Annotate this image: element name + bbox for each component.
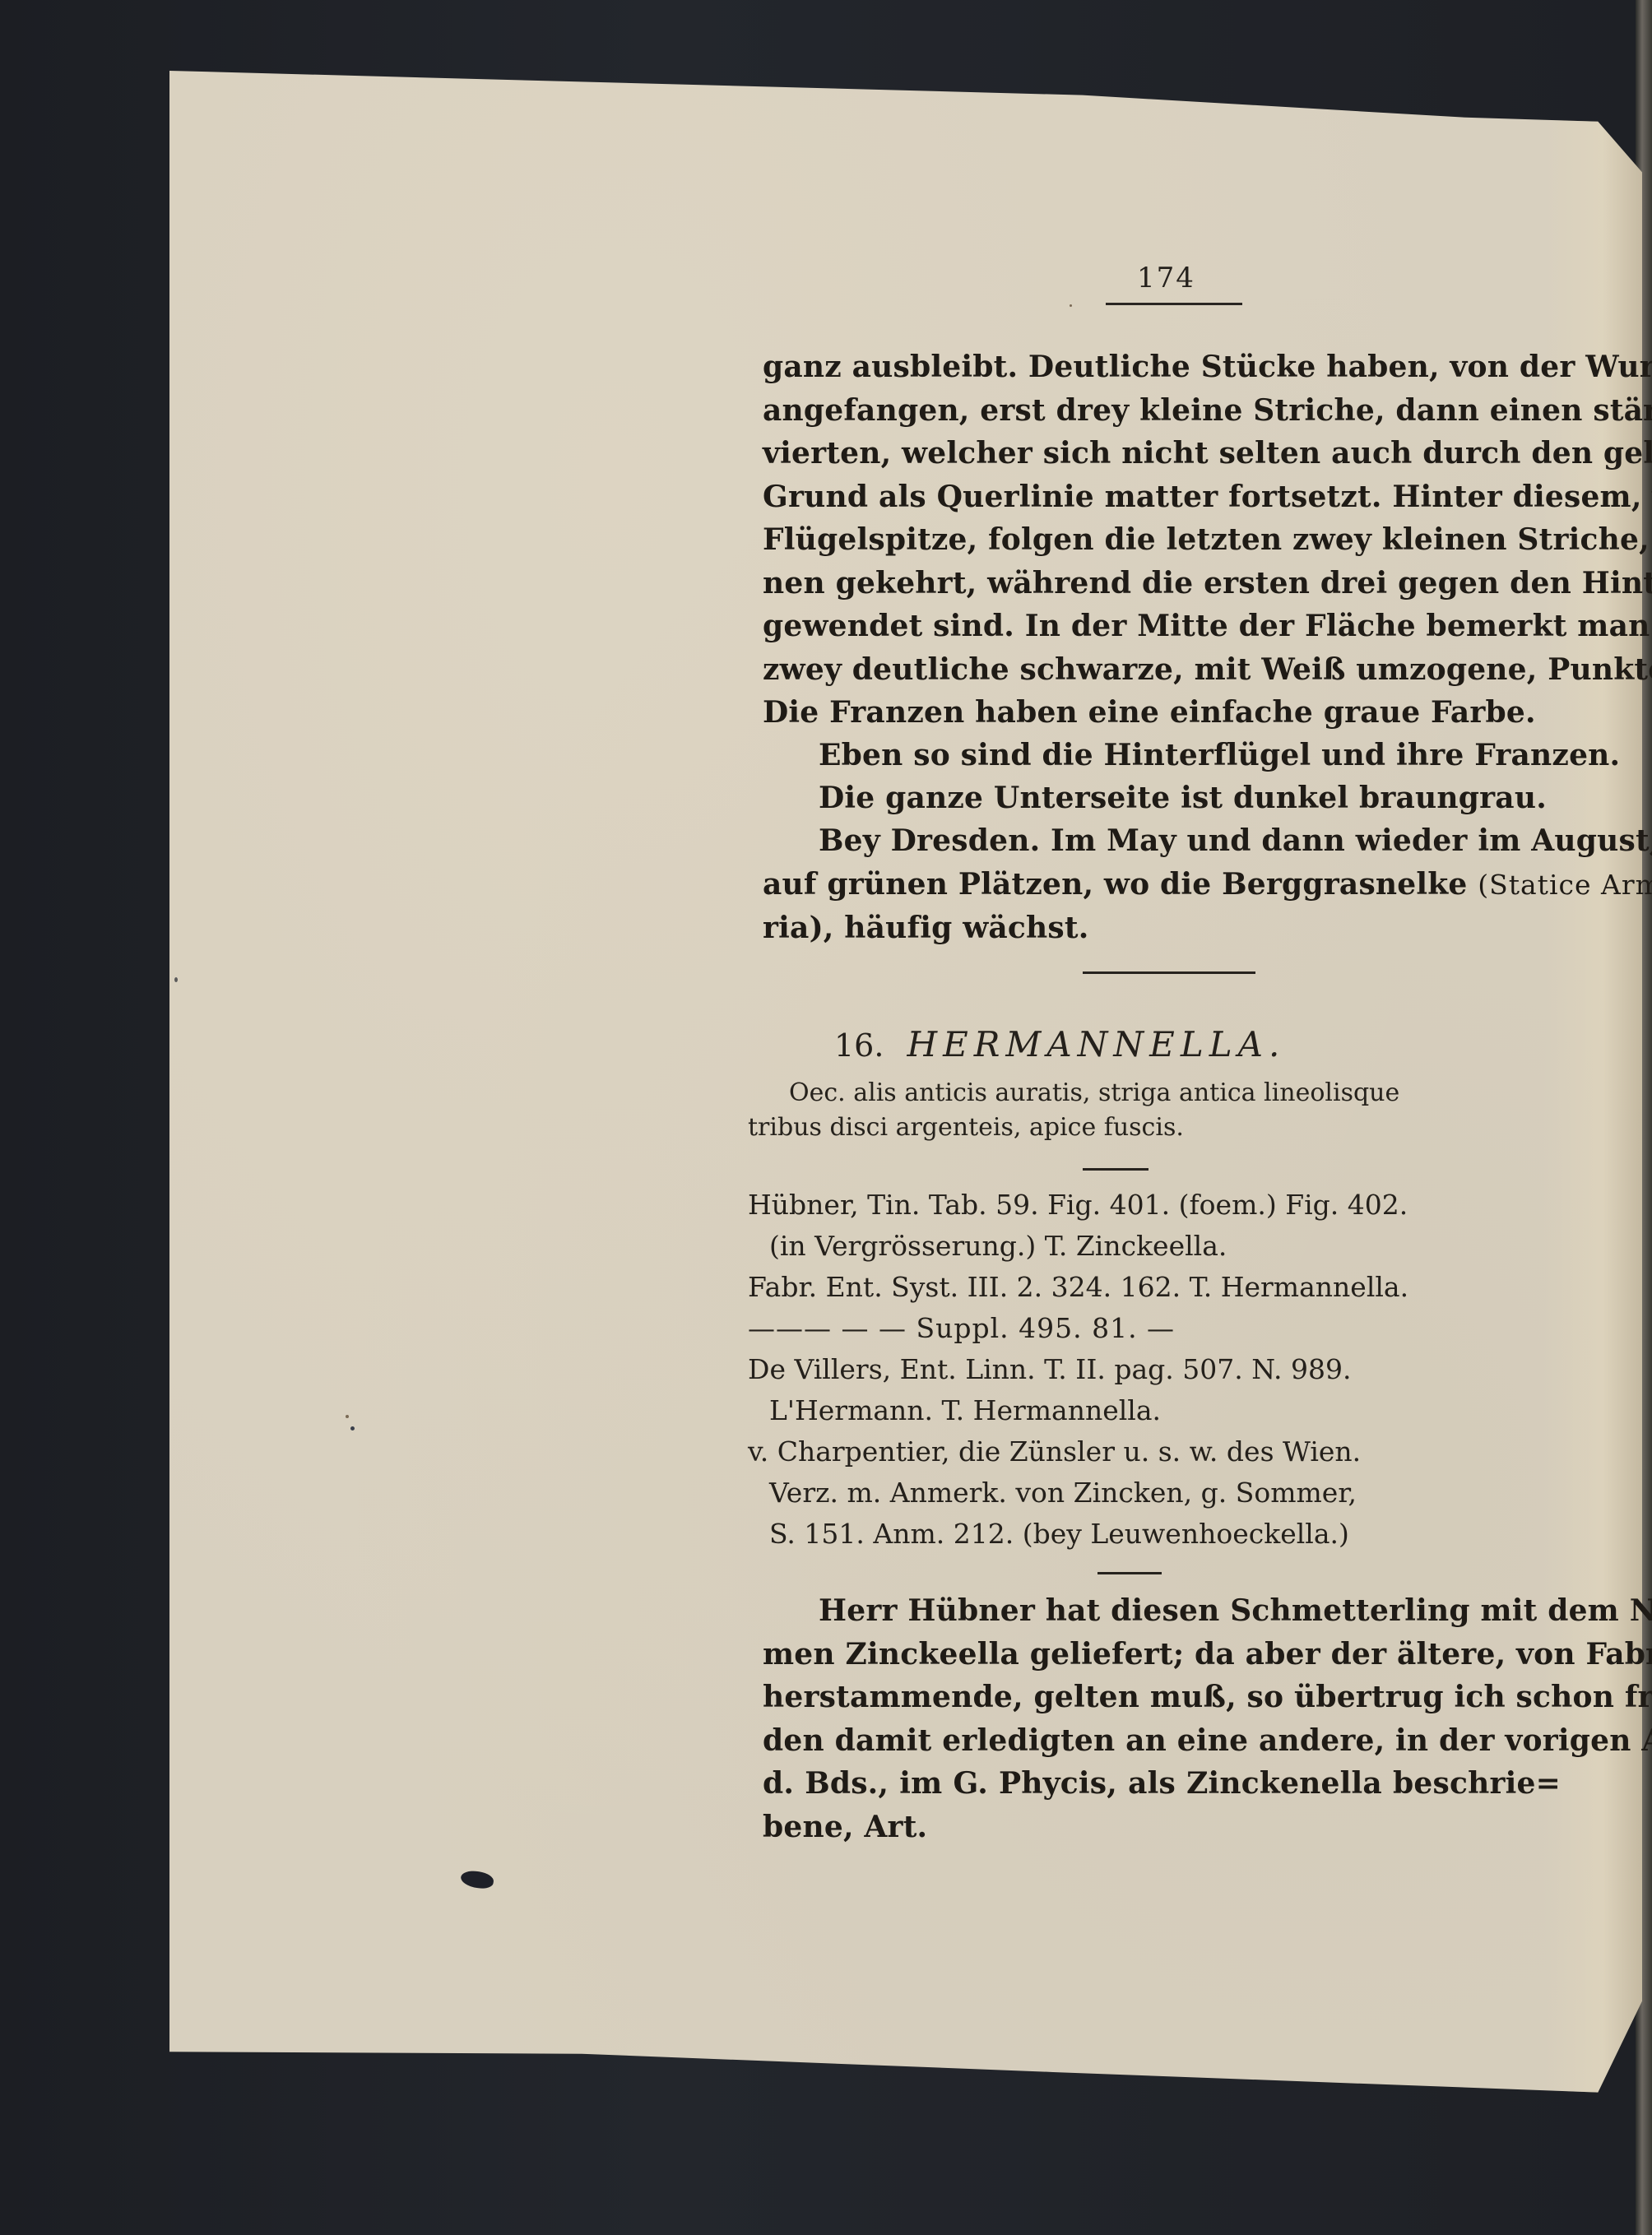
paragraph-hindwings: Eben so sind die Hinterflügel und ihre F… [763, 734, 1561, 777]
text-line: auf grünen Plätzen, wo die Berggrasnelke… [763, 863, 1561, 907]
references-divider [1083, 1168, 1149, 1171]
text-line: angefangen, erst drey kleine Striche, da… [763, 389, 1561, 433]
text-line: gewendet sind. In der Mitte der Fläche b… [763, 605, 1561, 648]
diagnosis-line: tribus disci argenteis, apice fuscis. [748, 1111, 1558, 1145]
reference-entry: De Villers, Ent. Linn. T. II. pag. 507. … [748, 1349, 1571, 1390]
text-line: Die Franzen haben eine einfache graue Fa… [763, 691, 1561, 735]
text-line: Bey Dresden. Im May und dann wieder im A… [763, 819, 1561, 863]
page-number: 174 [1137, 262, 1195, 294]
closing-divider [1097, 1572, 1162, 1574]
reference-entry: S. 151. Anm. 212. (bey Leuwenhoeckella.) [748, 1514, 1571, 1555]
text-line: Grund als Querlinie matter fortsetzt. Hi… [763, 475, 1561, 519]
reference-entry: Verz. m. Anmerk. von Zincken, g. Sommer, [748, 1472, 1571, 1514]
references-list: Hübner, Tin. Tab. 59. Fig. 401. (foem.) … [748, 1185, 1571, 1555]
text-line: ganz ausbleibt. Deutliche Stücke haben, … [763, 345, 1561, 389]
text-line: zwey deutliche schwarze, mit Weiß umzoge… [763, 648, 1561, 692]
paragraph-description: ganz ausbleibt. Deutliche Stücke haben, … [763, 345, 1561, 735]
reference-entry: ——— — — Suppl. 495. 81. — [748, 1308, 1571, 1349]
reference-entry: Fabr. Ent. Syst. III. 2. 324. 162. T. He… [748, 1267, 1571, 1308]
text-line: herstammende, gelten muß, so übertrug ic… [763, 1676, 1561, 1719]
section-title: HERMANNELLA. [907, 1024, 1285, 1064]
paragraph-closing: Herr Hübner hat diesen Schmetterling mit… [763, 1589, 1561, 1848]
reference-entry: v. Charpentier, die Zünsler u. s. w. des… [748, 1431, 1571, 1472]
section-number: 16. [834, 1027, 884, 1064]
paper-speck [346, 1415, 349, 1418]
latin-diagnosis: Oec. alis anticis auratis, striga antica… [748, 1076, 1558, 1145]
text-line: ria), häufig wächst. [763, 907, 1561, 950]
latin-name: (Statice Arme- [1478, 869, 1652, 901]
text-line: Flügelspitze, folgen die letzten zwey kl… [763, 518, 1561, 562]
text-line: Herr Hübner hat diesen Schmetterling mit… [763, 1589, 1561, 1633]
diagnosis-line: Oec. alis anticis auratis, striga antica… [748, 1076, 1558, 1111]
section-divider [1083, 971, 1255, 974]
reference-entry: Hübner, Tin. Tab. 59. Fig. 401. (foem.) … [748, 1185, 1571, 1226]
paragraph-underside: Die ganze Unterseite ist dunkel braungra… [763, 777, 1561, 820]
text-line: men Zinckeella geliefert; da aber der äl… [763, 1633, 1561, 1676]
text-line: den damit erledigten an eine andere, in … [763, 1719, 1561, 1763]
paragraph-locality: Bey Dresden. Im May und dann wieder im A… [763, 819, 1561, 950]
text-line: bene, Art. [763, 1806, 1561, 1849]
text-line: Eben so sind die Hinterflügel und ihre F… [763, 734, 1561, 777]
header-rule [1106, 303, 1242, 305]
text-line: vierten, welcher sich nicht selten auch … [763, 432, 1561, 475]
section-heading: 16.HERMANNELLA. [834, 1024, 1285, 1064]
paper-speck [350, 1426, 355, 1430]
reference-entry: L'Hermann. T. Hermannella. [748, 1390, 1571, 1431]
text-line: nen gekehrt, während die ersten drei geg… [763, 562, 1561, 605]
text-line: Die ganze Unterseite ist dunkel braungra… [763, 777, 1561, 820]
paper-speck [174, 977, 178, 982]
text-line: d. Bds., im G. Phycis, als Zinckenella b… [763, 1762, 1561, 1806]
reference-entry: (in Vergrösserung.) T. Zinckeella. [748, 1226, 1571, 1267]
paper-speck [1070, 304, 1072, 307]
text-fragment: auf grünen Plätzen, wo die Berggrasnelke [763, 867, 1468, 902]
